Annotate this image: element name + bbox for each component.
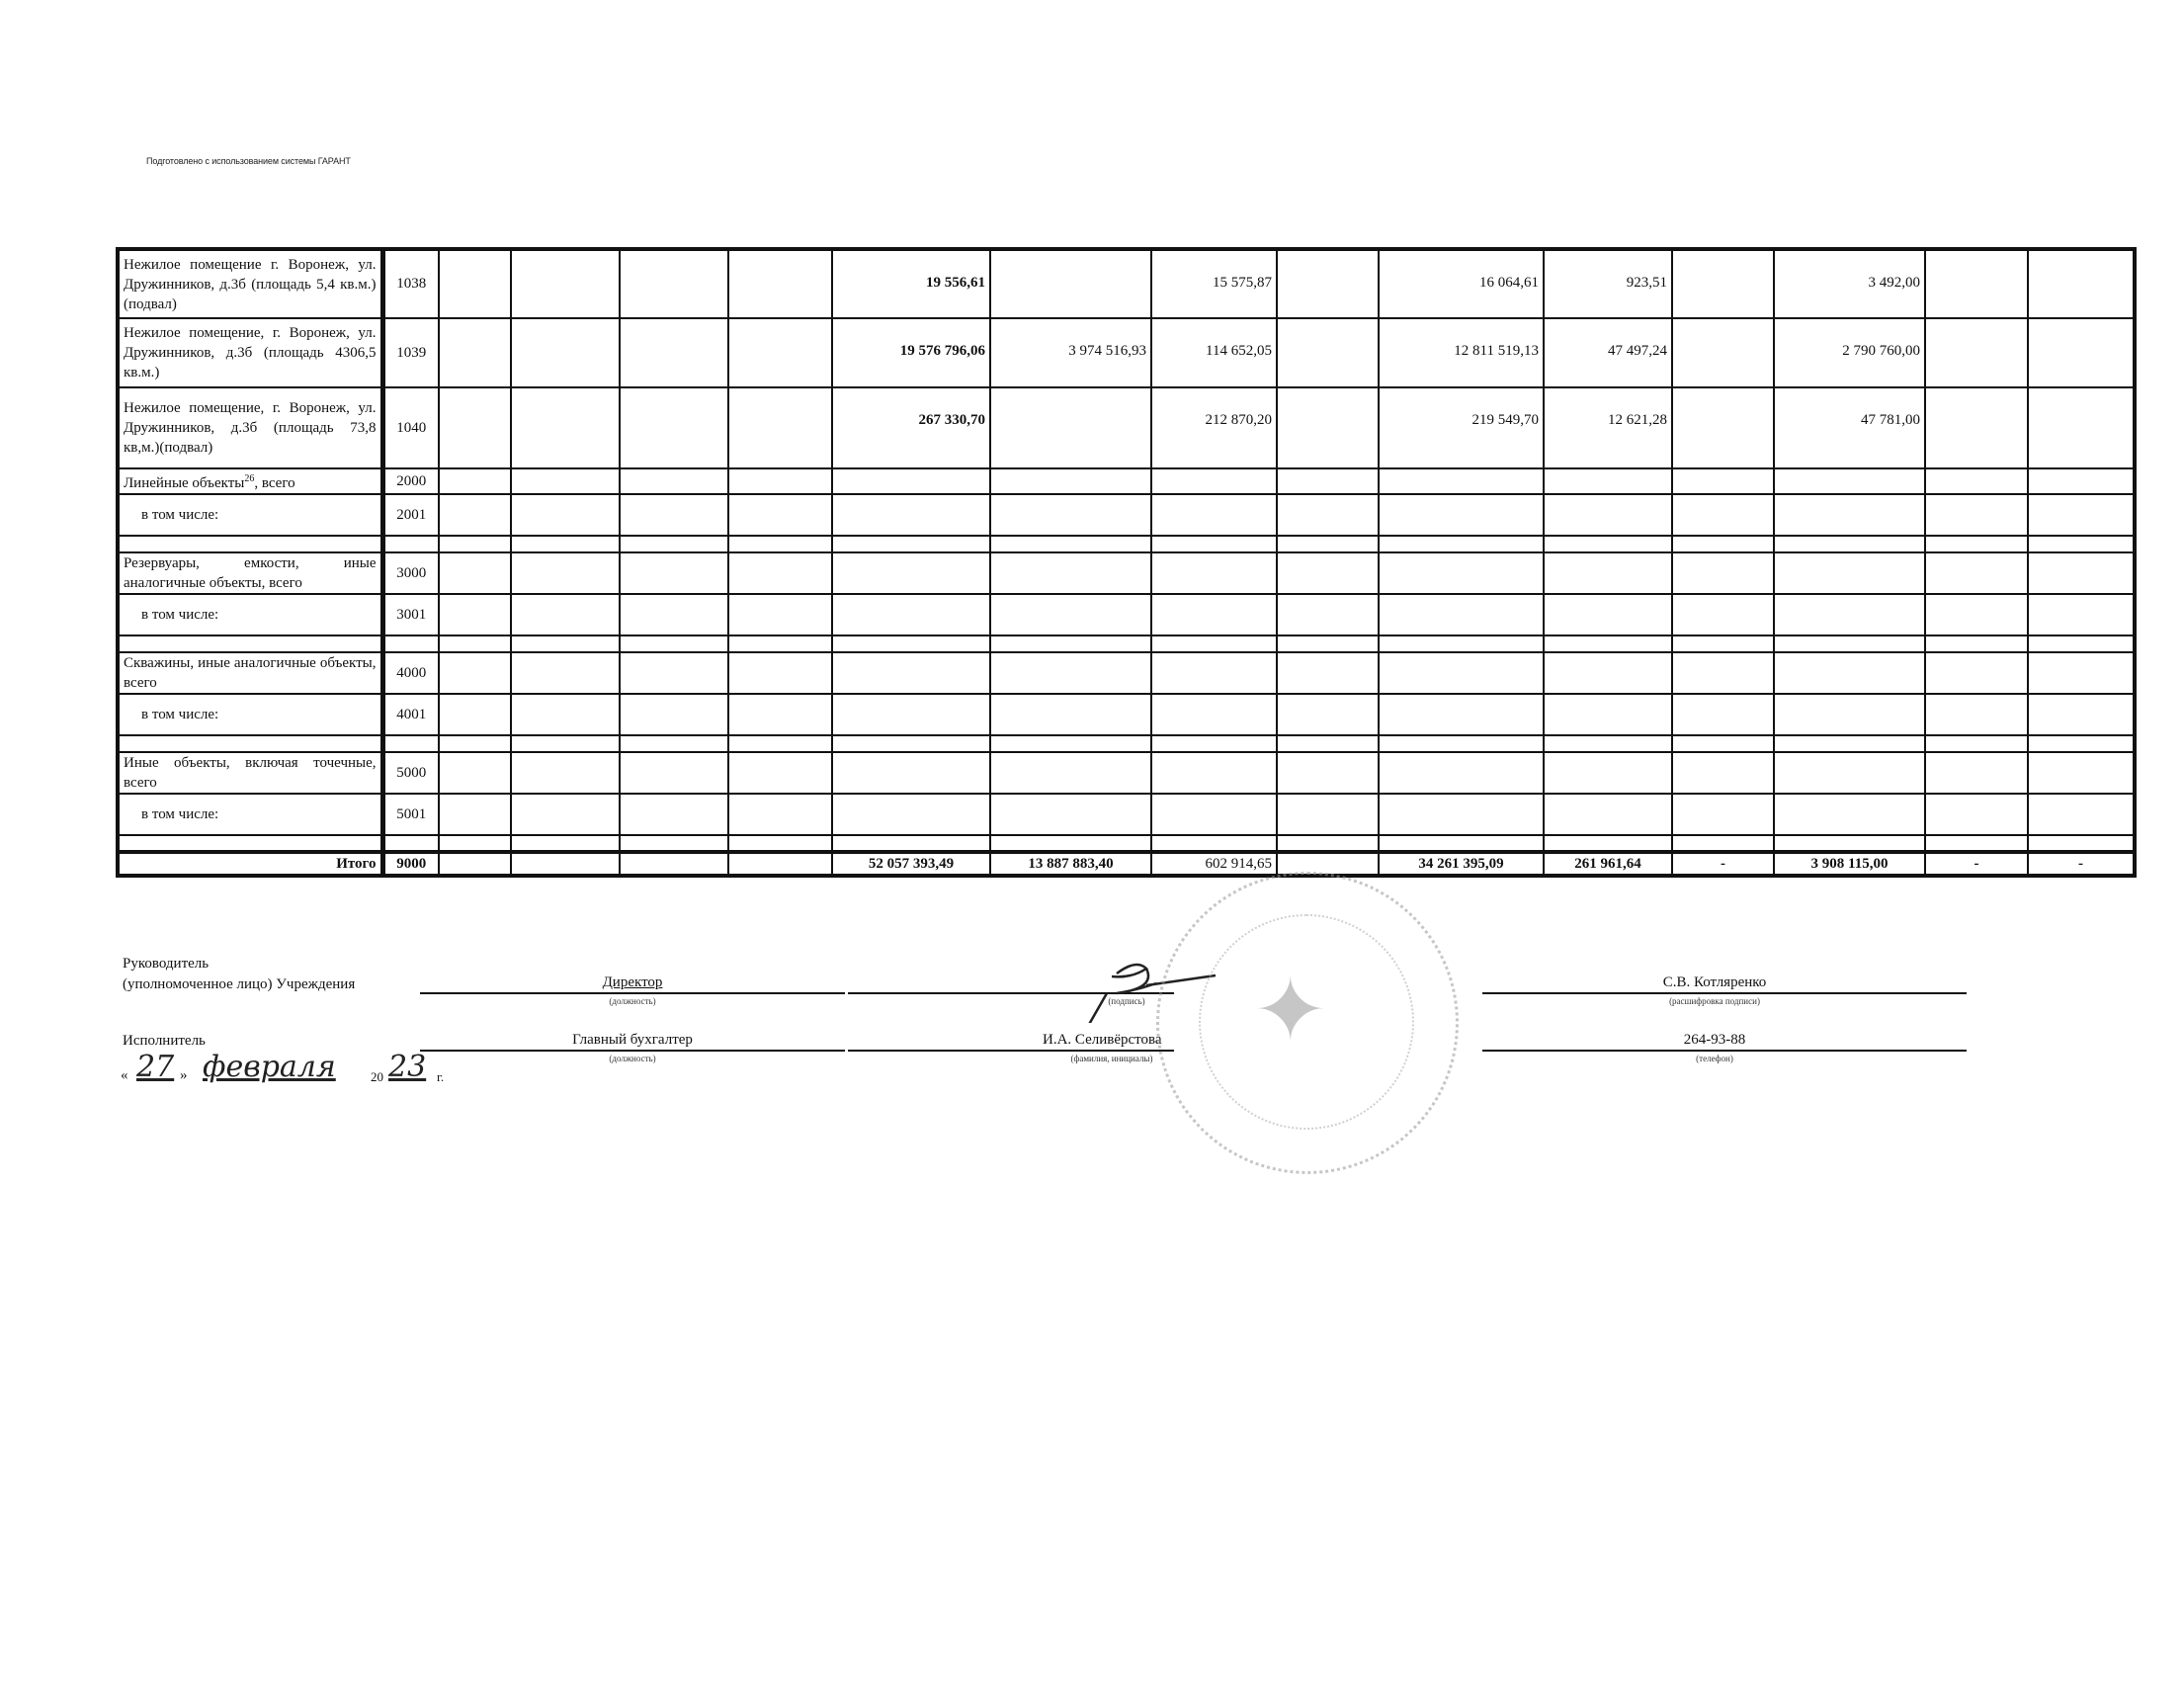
cell-col-7	[832, 652, 990, 694]
cell-col-14	[1774, 468, 1925, 494]
table-row: в том числе:4001	[118, 694, 2135, 735]
cell-col-13	[1672, 318, 1774, 387]
cell-col-9	[1151, 552, 1277, 594]
cell-col-13	[1672, 387, 1774, 468]
cell-col-16	[2028, 794, 2135, 835]
cell-col-12: 923,51	[1544, 249, 1672, 318]
row-name-text: Нежилое помещение, г. Воронеж, ул. Дружи…	[124, 400, 377, 456]
cell-col-7	[832, 468, 990, 494]
cell-col-7	[832, 536, 990, 552]
cell-col-13	[1672, 494, 1774, 536]
cell-col-4	[511, 594, 620, 635]
cell-col-4	[511, 494, 620, 536]
total-row: Итого900052 057 393,4913 887 883,40602 9…	[118, 852, 2135, 876]
cell-col-10	[1277, 794, 1379, 835]
head-label-2: (уполномоченное лицо) Учреждения	[123, 976, 355, 993]
cell-col-10	[1277, 387, 1379, 468]
row-code: 3000	[382, 552, 439, 594]
cell-col-9	[1151, 635, 1277, 652]
cell-col-11	[1379, 694, 1544, 735]
executor-position-line	[420, 1050, 845, 1052]
cell-col-4	[511, 794, 620, 835]
cell-col-12: 47 497,24	[1544, 318, 1672, 387]
table-row: в том числе:5001	[118, 794, 2135, 835]
cell-col-10	[1277, 468, 1379, 494]
cell-col-15	[1925, 318, 2028, 387]
row-name: Нежилое помещение г. Воронеж, ул. Дружин…	[118, 249, 382, 318]
cell-col-12	[1544, 494, 1672, 536]
name-line	[1482, 992, 1967, 994]
date-year-prefix: 20	[371, 1069, 383, 1085]
cell-col-4	[511, 552, 620, 594]
row-name-text: Резервуары, емкости, иные аналогичные об…	[124, 555, 377, 591]
table-row	[118, 536, 2135, 552]
cell-col-10	[1277, 552, 1379, 594]
cell-col-16	[2028, 468, 2135, 494]
cell-col-12	[1544, 652, 1672, 694]
cell-col-11: 16 064,61	[1379, 249, 1544, 318]
cell-col-5	[620, 536, 728, 552]
cell-col-7	[832, 635, 990, 652]
date-g: г.	[437, 1069, 444, 1085]
cell-col-11: 219 549,70	[1379, 387, 1544, 468]
cell-col-11	[1379, 652, 1544, 694]
cell-col-15	[1925, 752, 2028, 794]
cell-col-15	[1925, 652, 2028, 694]
cell-col-4	[511, 735, 620, 752]
cell-col-4	[511, 652, 620, 694]
row-name: в том числе:	[118, 494, 382, 536]
cell-col-3	[439, 536, 511, 552]
table-row: Резервуары, емкости, иные аналогичные об…	[118, 552, 2135, 594]
cell-col-10	[1277, 652, 1379, 694]
executor-position-caption: (должность)	[420, 1054, 845, 1063]
total-col-4	[511, 852, 620, 876]
row-code: 1039	[382, 318, 439, 387]
cell-col-14	[1774, 536, 1925, 552]
cell-col-13	[1672, 752, 1774, 794]
row-code: 4000	[382, 652, 439, 694]
cell-col-11	[1379, 594, 1544, 635]
cell-col-5	[620, 694, 728, 735]
cell-col-11	[1379, 835, 1544, 852]
cell-col-15	[1925, 835, 2028, 852]
cell-col-3	[439, 387, 511, 468]
row-code: 2000	[382, 468, 439, 494]
table-row: Нежилое помещение г. Воронеж, ул. Дружин…	[118, 249, 2135, 318]
cell-col-8	[990, 752, 1151, 794]
cell-col-12	[1544, 536, 1672, 552]
cell-col-6	[728, 468, 832, 494]
date-day: 27	[136, 1050, 174, 1084]
cell-col-12	[1544, 835, 1672, 852]
row-name-suffix: , всего	[254, 475, 294, 491]
row-name: Нежилое помещение, г. Воронеж, ул. Дружи…	[118, 318, 382, 387]
cell-col-8	[990, 468, 1151, 494]
cell-col-10	[1277, 694, 1379, 735]
table-row: в том числе:3001	[118, 594, 2135, 635]
row-name: Нежилое помещение, г. Воронеж, ул. Дружи…	[118, 387, 382, 468]
cell-col-7: 267 330,70	[832, 387, 990, 468]
cell-col-4	[511, 635, 620, 652]
cell-col-6	[728, 735, 832, 752]
row-code	[382, 735, 439, 752]
table-row	[118, 835, 2135, 852]
row-name: Линейные объекты26, всего	[118, 468, 382, 494]
total-col-16: -	[2028, 852, 2135, 876]
cell-col-8	[990, 694, 1151, 735]
total-col-3	[439, 852, 511, 876]
cell-col-7	[832, 835, 990, 852]
position-line	[420, 992, 845, 994]
table-row: в том числе:2001	[118, 494, 2135, 536]
cell-col-5	[620, 752, 728, 794]
row-code: 5001	[382, 794, 439, 835]
cell-col-3	[439, 494, 511, 536]
cell-col-5	[620, 249, 728, 318]
cell-col-11	[1379, 552, 1544, 594]
cell-col-6	[728, 552, 832, 594]
row-code	[382, 536, 439, 552]
cell-col-8	[990, 652, 1151, 694]
coat-of-arms-icon: ✦	[1253, 959, 1327, 1062]
cell-col-8	[990, 494, 1151, 536]
phone-line	[1482, 1050, 1967, 1052]
cell-col-10	[1277, 594, 1379, 635]
cell-col-12	[1544, 694, 1672, 735]
cell-col-12	[1544, 635, 1672, 652]
cell-col-7	[832, 735, 990, 752]
cell-col-5	[620, 552, 728, 594]
cell-col-7	[832, 752, 990, 794]
cell-col-14	[1774, 552, 1925, 594]
cell-col-6	[728, 635, 832, 652]
cell-col-8	[990, 387, 1151, 468]
cell-col-3	[439, 594, 511, 635]
cell-col-13	[1672, 552, 1774, 594]
cell-col-3	[439, 835, 511, 852]
row-code	[382, 835, 439, 852]
cell-col-13	[1672, 635, 1774, 652]
cell-col-4	[511, 536, 620, 552]
cell-col-10	[1277, 752, 1379, 794]
assets-table: Нежилое помещение г. Воронеж, ул. Дружин…	[116, 247, 2137, 878]
cell-col-5	[620, 635, 728, 652]
cell-col-10	[1277, 735, 1379, 752]
cell-col-16	[2028, 594, 2135, 635]
cell-col-13	[1672, 794, 1774, 835]
cell-col-16	[2028, 694, 2135, 735]
row-name: Резервуары, емкости, иные аналогичные об…	[118, 552, 382, 594]
cell-col-14	[1774, 652, 1925, 694]
cell-col-16	[2028, 552, 2135, 594]
cell-col-6	[728, 387, 832, 468]
cell-col-16	[2028, 494, 2135, 536]
total-label: Итого	[118, 852, 382, 876]
cell-col-5	[620, 594, 728, 635]
total-col-14: 3 908 115,00	[1774, 852, 1925, 876]
row-code: 1040	[382, 387, 439, 468]
row-name-text: Нежилое помещение, г. Воронеж, ул. Дружи…	[124, 325, 377, 381]
cell-col-4	[511, 387, 620, 468]
table-row: Иные объекты, включая точечные, всего500…	[118, 752, 2135, 794]
cell-col-6	[728, 594, 832, 635]
row-name-text: Скважины, иные аналогичные объекты, всег…	[124, 655, 377, 691]
cell-col-12	[1544, 552, 1672, 594]
phone: 264-93-88	[1482, 1032, 1947, 1049]
cell-col-7	[832, 794, 990, 835]
cell-col-11	[1379, 536, 1544, 552]
cell-col-9	[1151, 735, 1277, 752]
cell-col-9	[1151, 536, 1277, 552]
cell-col-15	[1925, 594, 2028, 635]
cell-col-12	[1544, 735, 1672, 752]
cell-col-12	[1544, 752, 1672, 794]
cell-col-11	[1379, 494, 1544, 536]
cell-col-5	[620, 387, 728, 468]
cell-col-14: 2 790 760,00	[1774, 318, 1925, 387]
row-name: в том числе:	[118, 594, 382, 635]
head-label: Руководитель	[123, 956, 209, 973]
cell-col-11	[1379, 794, 1544, 835]
cell-col-11	[1379, 635, 1544, 652]
cell-col-7: 19 556,61	[832, 249, 990, 318]
executor-label: Исполнитель	[123, 1033, 206, 1050]
cell-col-10	[1277, 249, 1379, 318]
cell-col-14	[1774, 635, 1925, 652]
cell-col-16	[2028, 249, 2135, 318]
cell-col-16	[2028, 652, 2135, 694]
cell-col-3	[439, 635, 511, 652]
cell-col-16	[2028, 536, 2135, 552]
total-col-15: -	[1925, 852, 2028, 876]
cell-col-15	[1925, 249, 2028, 318]
cell-col-3	[439, 552, 511, 594]
cell-col-9	[1151, 652, 1277, 694]
cell-col-14	[1774, 594, 1925, 635]
total-col-6	[728, 852, 832, 876]
cell-col-9	[1151, 794, 1277, 835]
total-code: 9000	[382, 852, 439, 876]
row-name-text: Линейные объекты	[124, 475, 244, 491]
row-name-text: в том числе:	[141, 607, 218, 623]
cell-col-5	[620, 735, 728, 752]
cell-col-4	[511, 468, 620, 494]
cell-col-6	[728, 249, 832, 318]
total-col-5	[620, 852, 728, 876]
cell-col-15	[1925, 468, 2028, 494]
row-code: 4001	[382, 694, 439, 735]
cell-col-10	[1277, 635, 1379, 652]
cell-col-8	[990, 536, 1151, 552]
head-name: С.В. Котляренко	[1482, 974, 1947, 991]
cell-col-9: 212 870,20	[1151, 387, 1277, 468]
cell-col-9	[1151, 835, 1277, 852]
cell-col-3	[439, 652, 511, 694]
cell-col-6	[728, 652, 832, 694]
cell-col-8	[990, 635, 1151, 652]
cell-col-14: 47 781,00	[1774, 387, 1925, 468]
row-name-text: в том числе:	[141, 507, 218, 523]
executor-name: И.А. Селивёрстова	[1043, 1032, 1162, 1049]
date-month: февраля	[203, 1050, 336, 1084]
cell-col-16	[2028, 752, 2135, 794]
cell-col-13	[1672, 735, 1774, 752]
cell-col-4	[511, 318, 620, 387]
cell-col-14: 3 492,00	[1774, 249, 1925, 318]
cell-col-9	[1151, 752, 1277, 794]
cell-col-16	[2028, 735, 2135, 752]
date-year-suffix: 23	[388, 1050, 426, 1084]
garant-header: Подготовлено с использованием системы ГА…	[146, 156, 351, 166]
cell-col-3	[439, 318, 511, 387]
row-name-text: Нежилое помещение г. Воронеж, ул. Дружин…	[124, 257, 377, 312]
footnote-ref: 26	[244, 473, 254, 484]
total-col-12: 261 961,64	[1544, 852, 1672, 876]
cell-col-13	[1672, 652, 1774, 694]
row-name	[118, 536, 382, 552]
cell-col-15	[1925, 694, 2028, 735]
phone-caption: (телефон)	[1482, 1054, 1947, 1063]
cell-col-16	[2028, 635, 2135, 652]
cell-col-7	[832, 594, 990, 635]
cell-col-10	[1277, 494, 1379, 536]
row-code	[382, 635, 439, 652]
cell-col-7	[832, 552, 990, 594]
cell-col-10	[1277, 318, 1379, 387]
cell-col-3	[439, 735, 511, 752]
date-close-quote: »	[180, 1067, 188, 1084]
cell-col-10	[1277, 536, 1379, 552]
cell-col-12	[1544, 468, 1672, 494]
cell-col-8	[990, 594, 1151, 635]
cell-col-4	[511, 249, 620, 318]
cell-col-6	[728, 318, 832, 387]
cell-col-9	[1151, 594, 1277, 635]
cell-col-12: 12 621,28	[1544, 387, 1672, 468]
cell-col-3	[439, 752, 511, 794]
cell-col-6	[728, 794, 832, 835]
cell-col-8	[990, 249, 1151, 318]
cell-col-8	[990, 794, 1151, 835]
executor-position: Главный бухгалтер	[420, 1032, 845, 1049]
cell-col-15	[1925, 635, 2028, 652]
cell-col-15	[1925, 794, 2028, 835]
cell-col-14	[1774, 694, 1925, 735]
cell-col-6	[728, 536, 832, 552]
name-caption: (расшифровка подписи)	[1482, 996, 1947, 1006]
cell-col-14	[1774, 494, 1925, 536]
cell-col-14	[1774, 794, 1925, 835]
row-name	[118, 635, 382, 652]
cell-col-3	[439, 794, 511, 835]
cell-col-5	[620, 318, 728, 387]
total-col-9: 602 914,65	[1151, 852, 1277, 876]
cell-col-9	[1151, 468, 1277, 494]
cell-col-15	[1925, 494, 2028, 536]
total-col-8: 13 887 883,40	[990, 852, 1151, 876]
row-name: в том числе:	[118, 694, 382, 735]
row-name-text: Иные объекты, включая точечные, всего	[124, 755, 377, 791]
cell-col-13	[1672, 468, 1774, 494]
cell-col-16	[2028, 835, 2135, 852]
cell-col-9: 15 575,87	[1151, 249, 1277, 318]
cell-col-5	[620, 652, 728, 694]
table-row: Линейные объекты26, всего2000	[118, 468, 2135, 494]
total-col-11: 34 261 395,09	[1379, 852, 1544, 876]
cell-col-3	[439, 694, 511, 735]
cell-col-14	[1774, 752, 1925, 794]
cell-col-9	[1151, 694, 1277, 735]
date-open-quote: «	[121, 1067, 128, 1084]
table-row: Нежилое помещение, г. Воронеж, ул. Дружи…	[118, 387, 2135, 468]
row-name	[118, 735, 382, 752]
table-row: Скважины, иные аналогичные объекты, всег…	[118, 652, 2135, 694]
table-row	[118, 635, 2135, 652]
cell-col-6	[728, 694, 832, 735]
cell-col-14	[1774, 735, 1925, 752]
row-code: 3001	[382, 594, 439, 635]
cell-col-15	[1925, 387, 2028, 468]
cell-col-13	[1672, 594, 1774, 635]
head-position: Директор	[420, 974, 845, 991]
cell-col-10	[1277, 835, 1379, 852]
row-name-text: в том числе:	[141, 707, 218, 722]
official-stamp: ✦	[1156, 872, 1459, 1174]
table-row	[118, 735, 2135, 752]
cell-col-5	[620, 494, 728, 536]
row-name: Скважины, иные аналогичные объекты, всег…	[118, 652, 382, 694]
row-name-text: в том числе:	[141, 806, 218, 822]
cell-col-8	[990, 552, 1151, 594]
cell-col-6	[728, 494, 832, 536]
cell-col-8: 3 974 516,93	[990, 318, 1151, 387]
cell-col-11	[1379, 752, 1544, 794]
cell-col-7	[832, 494, 990, 536]
cell-col-5	[620, 835, 728, 852]
row-name: в том числе:	[118, 794, 382, 835]
cell-col-12	[1544, 594, 1672, 635]
cell-col-3	[439, 468, 511, 494]
position-caption: (должность)	[420, 996, 845, 1006]
cell-col-13	[1672, 249, 1774, 318]
cell-col-4	[511, 835, 620, 852]
cell-col-11	[1379, 468, 1544, 494]
cell-col-11	[1379, 735, 1544, 752]
executor-name-line	[848, 1050, 1174, 1052]
cell-col-6	[728, 752, 832, 794]
cell-col-7: 19 576 796,06	[832, 318, 990, 387]
total-col-13: -	[1672, 852, 1774, 876]
cell-col-3	[439, 249, 511, 318]
cell-col-16	[2028, 318, 2135, 387]
cell-col-15	[1925, 536, 2028, 552]
cell-col-5	[620, 794, 728, 835]
cell-col-4	[511, 694, 620, 735]
cell-col-6	[728, 835, 832, 852]
cell-col-12	[1544, 794, 1672, 835]
cell-col-11: 12 811 519,13	[1379, 318, 1544, 387]
total-col-7: 52 057 393,49	[832, 852, 990, 876]
row-name: Иные объекты, включая точечные, всего	[118, 752, 382, 794]
row-code: 5000	[382, 752, 439, 794]
cell-col-8	[990, 835, 1151, 852]
row-code: 2001	[382, 494, 439, 536]
cell-col-13	[1672, 694, 1774, 735]
cell-col-5	[620, 468, 728, 494]
cell-col-8	[990, 735, 1151, 752]
cell-col-9	[1151, 494, 1277, 536]
